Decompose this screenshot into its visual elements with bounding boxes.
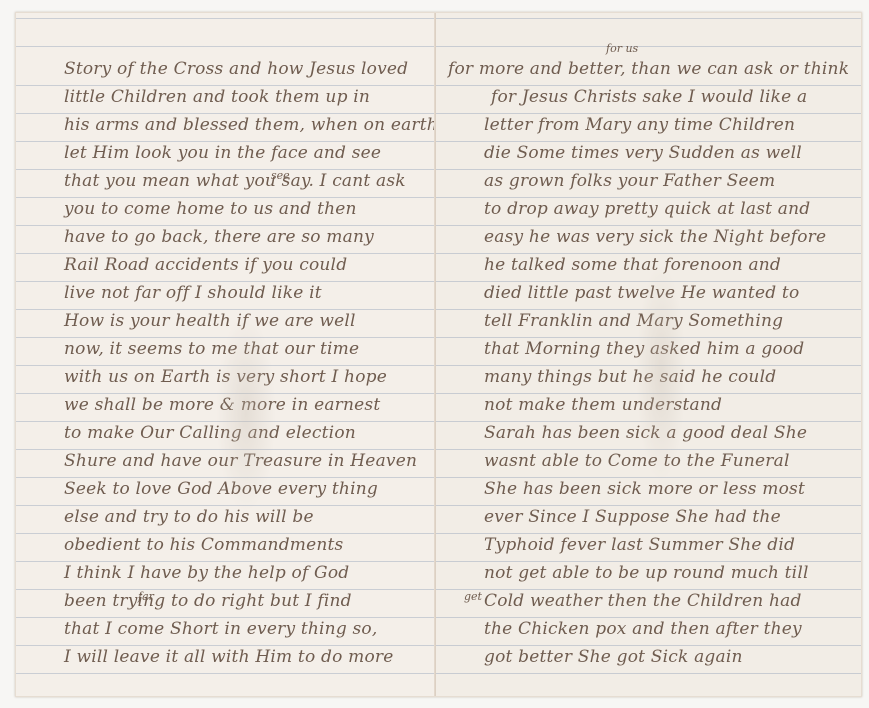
text-line: Typhoid fever last Summer She did [436, 531, 861, 559]
text-line: the Chicken pox and then after they [436, 615, 861, 643]
text-line: been trying to do right but I find [16, 587, 435, 615]
text-line: not get able to be up round much till [436, 559, 861, 587]
text-line: live not far off I should like it [16, 279, 435, 307]
text-line: you to come home to us and then [16, 195, 435, 223]
paper-crease [636, 263, 686, 483]
letter-sheet: see far Story of the Cross and how Jesus… [15, 12, 862, 697]
text-line: little Children and took them up in [16, 83, 435, 111]
text-line: for more and better, than we can ask or … [436, 55, 861, 83]
text-line: letter from Mary any time Children [436, 111, 861, 139]
text-line: easy he was very sick the Night before [436, 223, 861, 251]
text-line: as grown folks your Father Seem [436, 167, 861, 195]
text-line: to drop away pretty quick at last and [436, 195, 861, 223]
text-line: his arms and blessed them, when on earth [16, 111, 435, 139]
paper-crease [216, 313, 276, 513]
interlinear-note: for us [606, 43, 638, 54]
text-line: let Him look you in the face and see [16, 139, 435, 167]
text-line: that you mean what you say. I cant ask [16, 167, 435, 195]
text-line: Rail Road accidents if you could [16, 251, 435, 279]
text-line: got better She got Sick again [436, 643, 861, 671]
text-line: I will leave it all with Him to do more [16, 643, 435, 671]
text-line: die Some times very Sudden as well [436, 139, 861, 167]
text-line: for Jesus Christs sake I would like a [436, 83, 861, 111]
text-line: I think I have by the help of God [16, 559, 435, 587]
text-line: have to go back, there are so many [16, 223, 435, 251]
text-line: that I come Short in every thing so, [16, 615, 435, 643]
text-line: Story of the Cross and how Jesus loved [16, 55, 435, 83]
text-line: obedient to his Commandments [16, 531, 435, 559]
text-line: ever Since I Suppose She had the [436, 503, 861, 531]
text-line: Cold weather then the Children had [436, 587, 861, 615]
